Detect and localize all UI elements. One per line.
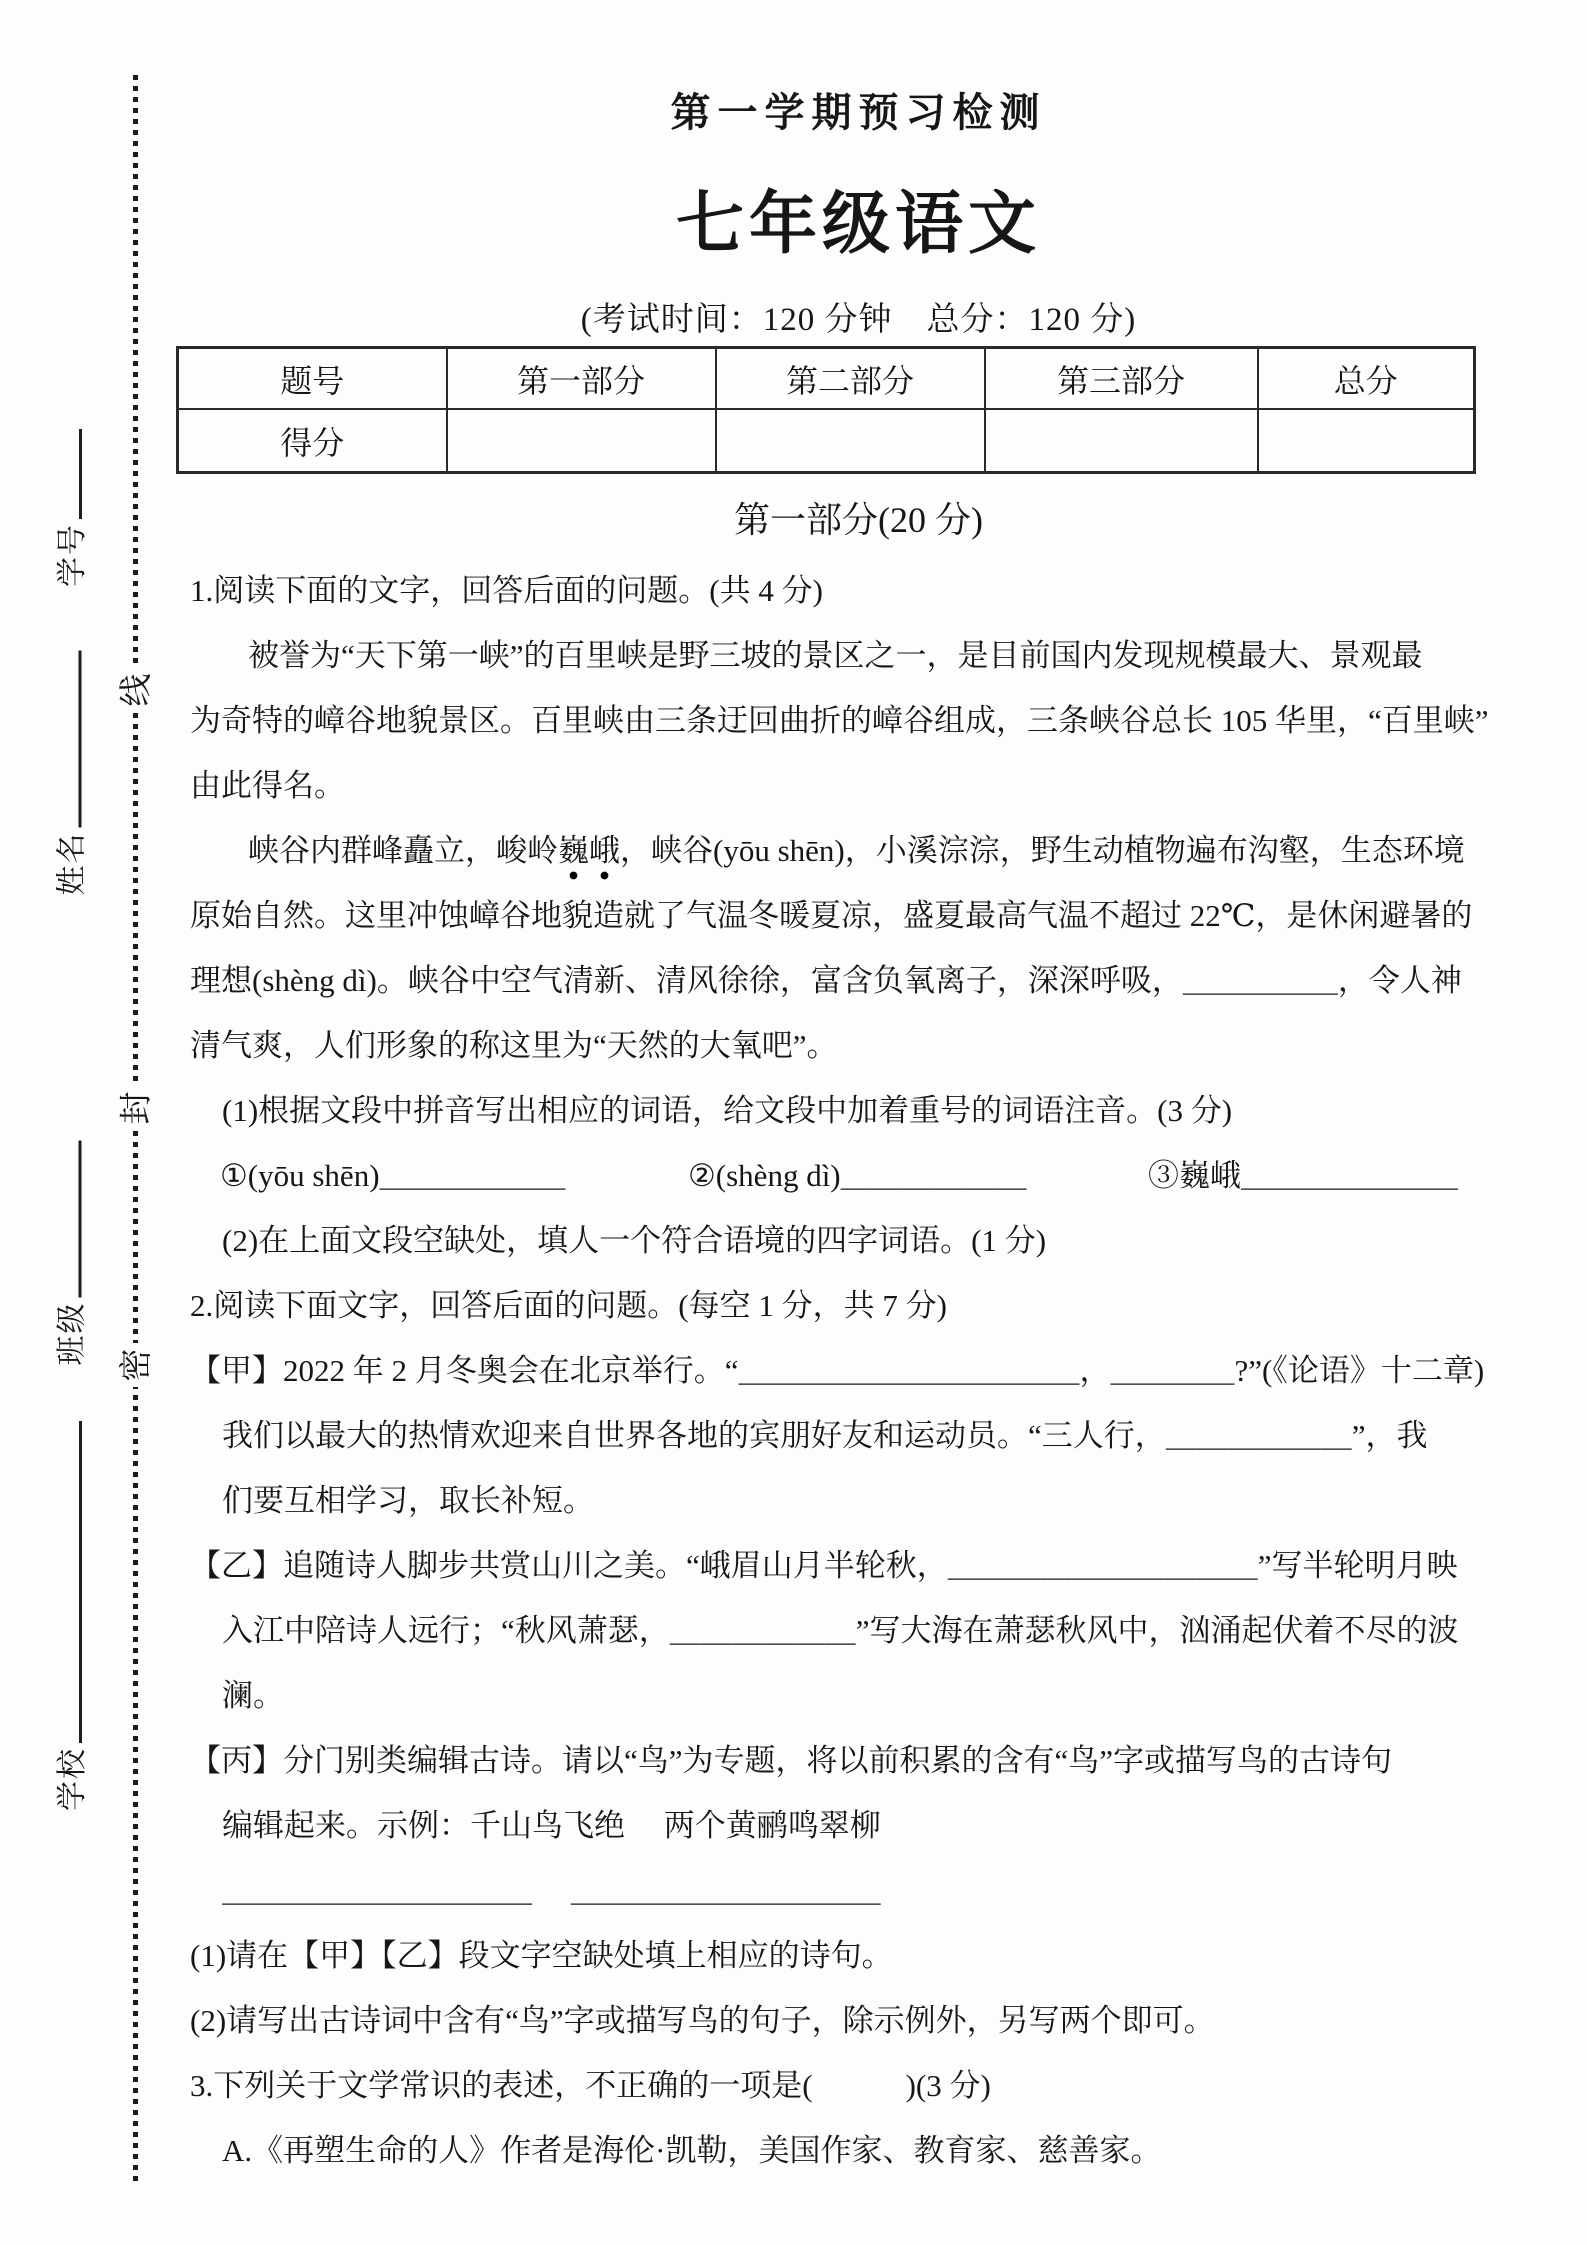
passage1-line3: 由此得名。	[190, 753, 1527, 818]
exam-info: (考试时间：120 分钟 总分：120 分)	[190, 302, 1527, 338]
question3-option-a: A.《再塑生命的人》作者是海伦·凯勒，美国作家、教育家、慈善家。	[190, 2118, 1527, 2183]
score-table-score-row: 得分	[178, 409, 1475, 473]
passage-jia-line3: 们要互相学习，取长补短。	[190, 1468, 1527, 1533]
passage2-line3: 理想(shèng dì)。峡谷中空气清新、清风徐徐，富含负氧离子，深深呼吸，＿＿…	[190, 948, 1527, 1013]
score-cell-part3	[985, 409, 1258, 473]
passage-jia-line2: 我们以最大的热情欢迎来自世界各地的宾朋好友和运动员。“三人行，＿＿＿＿＿＿”，我	[190, 1403, 1527, 1468]
passage-bing-line1: 【丙】分门别类编辑古诗。请以“鸟”为专题，将以前积累的含有“鸟”字或描写鸟的古诗…	[190, 1728, 1527, 1793]
score-header-part2: 第二部分	[716, 348, 985, 410]
passage-yi-line1: 【乙】追随诗人脚步共赏山川之美。“峨眉山月半轮秋，＿＿＿＿＿＿＿＿＿＿”写半轮明…	[190, 1533, 1527, 1598]
score-cell-part1	[447, 409, 716, 473]
exam-paper-page: { "header": { "pretitle": "第一学期预习检测", "t…	[0, 0, 1587, 2245]
section1-body: 1.阅读下面的文字，回答后面的问题。(共 4 分) 被誉为“天下第一峡”的百里峡…	[190, 558, 1527, 2183]
passage1-line1: 被誉为“天下第一峡”的百里峡是野三坡的景区之一，是目前国内发现规模最大、景观最	[190, 623, 1527, 688]
pinyin-answer-row: ①(yōu shēn)＿＿＿＿＿＿ ②(shèng dì)＿＿＿＿＿＿ ③巍峨＿…	[190, 1143, 1527, 1208]
score-table: 题号 第一部分 第二部分 第三部分 总分 得分	[176, 346, 1476, 474]
score-header-question: 题号	[178, 348, 447, 410]
score-cell-part2	[716, 409, 985, 473]
exam-content: 第一学期预习检测 七年级语文 (考试时间：120 分钟 总分：120 分) 题号…	[0, 0, 1587, 2183]
question1-sub1: (1)根据文段中拼音写出相应的词语，给文段中加着重号的词语注音。(3 分)	[190, 1078, 1527, 1143]
question1-sub2: (2)在上面文段空缺处，填人一个符合语境的四字词语。(1 分)	[190, 1208, 1527, 1273]
passage-jia-line1: 【甲】2022 年 2 月冬奥会在北京举行。“＿＿＿＿＿＿＿＿＿＿＿，＿＿＿＿?…	[190, 1338, 1527, 1403]
question3-stem: 3.下列关于文学常识的表述，不正确的一项是( )(3 分)	[190, 2053, 1527, 2118]
passage-yi-line2: 入江中陪诗人远行；“秋风萧瑟，＿＿＿＿＿＿”写大海在萧瑟秋风中，汹涌起伏着不尽的…	[190, 1598, 1527, 1663]
section1-heading: 第一部分(20 分)	[190, 500, 1527, 540]
passage2-line1-pre: 峡谷内群峰矗立，峻岭	[248, 833, 558, 868]
passage2-line2: 原始自然。这里冲蚀嶂谷地貌造就了气温冬暖夏凉，盛夏最高气温不超过 22℃，是休闲…	[190, 883, 1527, 948]
score-table-header-row: 题号 第一部分 第二部分 第三部分 总分	[178, 348, 1475, 410]
passage2-line1-post: ，峡谷(yōu shēn)，小溪淙淙，野生动植物遍布沟壑，生态环境	[620, 833, 1465, 868]
score-header-part1: 第一部分	[447, 348, 716, 410]
pinyin-item-1: ①(yōu shēn)＿＿＿＿＿＿	[220, 1143, 566, 1208]
passage1-line2: 为奇特的嶂谷地貌景区。百里峡由三条迂回曲折的嶂谷组成，三条峡谷总长 105 华里…	[190, 688, 1527, 753]
question2-sub1: (1)请在【甲】【乙】段文字空缺处填上相应的诗句。	[190, 1923, 1527, 1988]
pinyin-item-3: ③巍峨＿＿＿＿＿＿＿	[1148, 1143, 1458, 1208]
answer-blank-lines: ＿＿＿＿＿＿＿＿＿＿ ＿＿＿＿＿＿＿＿＿＿	[190, 1858, 1527, 1923]
passage2-line1: 峡谷内群峰矗立，峻岭巍峨，峡谷(yōu shēn)，小溪淙淙，野生动植物遍布沟壑…	[190, 818, 1527, 883]
passage-yi-line3: 澜。	[190, 1663, 1527, 1728]
pinyin-item-2: ②(shèng dì)＿＿＿＿＿＿	[688, 1143, 1027, 1208]
passage2-emphasized-word: 巍峨	[558, 833, 620, 881]
exam-pretitle: 第一学期预习检测	[190, 90, 1527, 136]
score-header-part3: 第三部分	[985, 348, 1258, 410]
exam-title: 七年级语文	[190, 191, 1527, 257]
question2-sub2: (2)请写出古诗词中含有“鸟”字或描写鸟的句子，除示例外，另写两个即可。	[190, 1988, 1527, 2053]
score-row-label: 得分	[178, 409, 447, 473]
score-cell-total	[1258, 409, 1475, 473]
question2-stem: 2.阅读下面文字，回答后面的问题。(每空 1 分，共 7 分)	[190, 1273, 1527, 1338]
passage2-line4: 清气爽，人们形象的称这里为“天然的大氧吧”。	[190, 1013, 1527, 1078]
question1-stem: 1.阅读下面的文字，回答后面的问题。(共 4 分)	[190, 558, 1527, 623]
score-header-total: 总分	[1258, 348, 1475, 410]
passage-bing-line2: 编辑起来。示例：千山鸟飞绝 两个黄鹂鸣翠柳	[190, 1793, 1527, 1858]
